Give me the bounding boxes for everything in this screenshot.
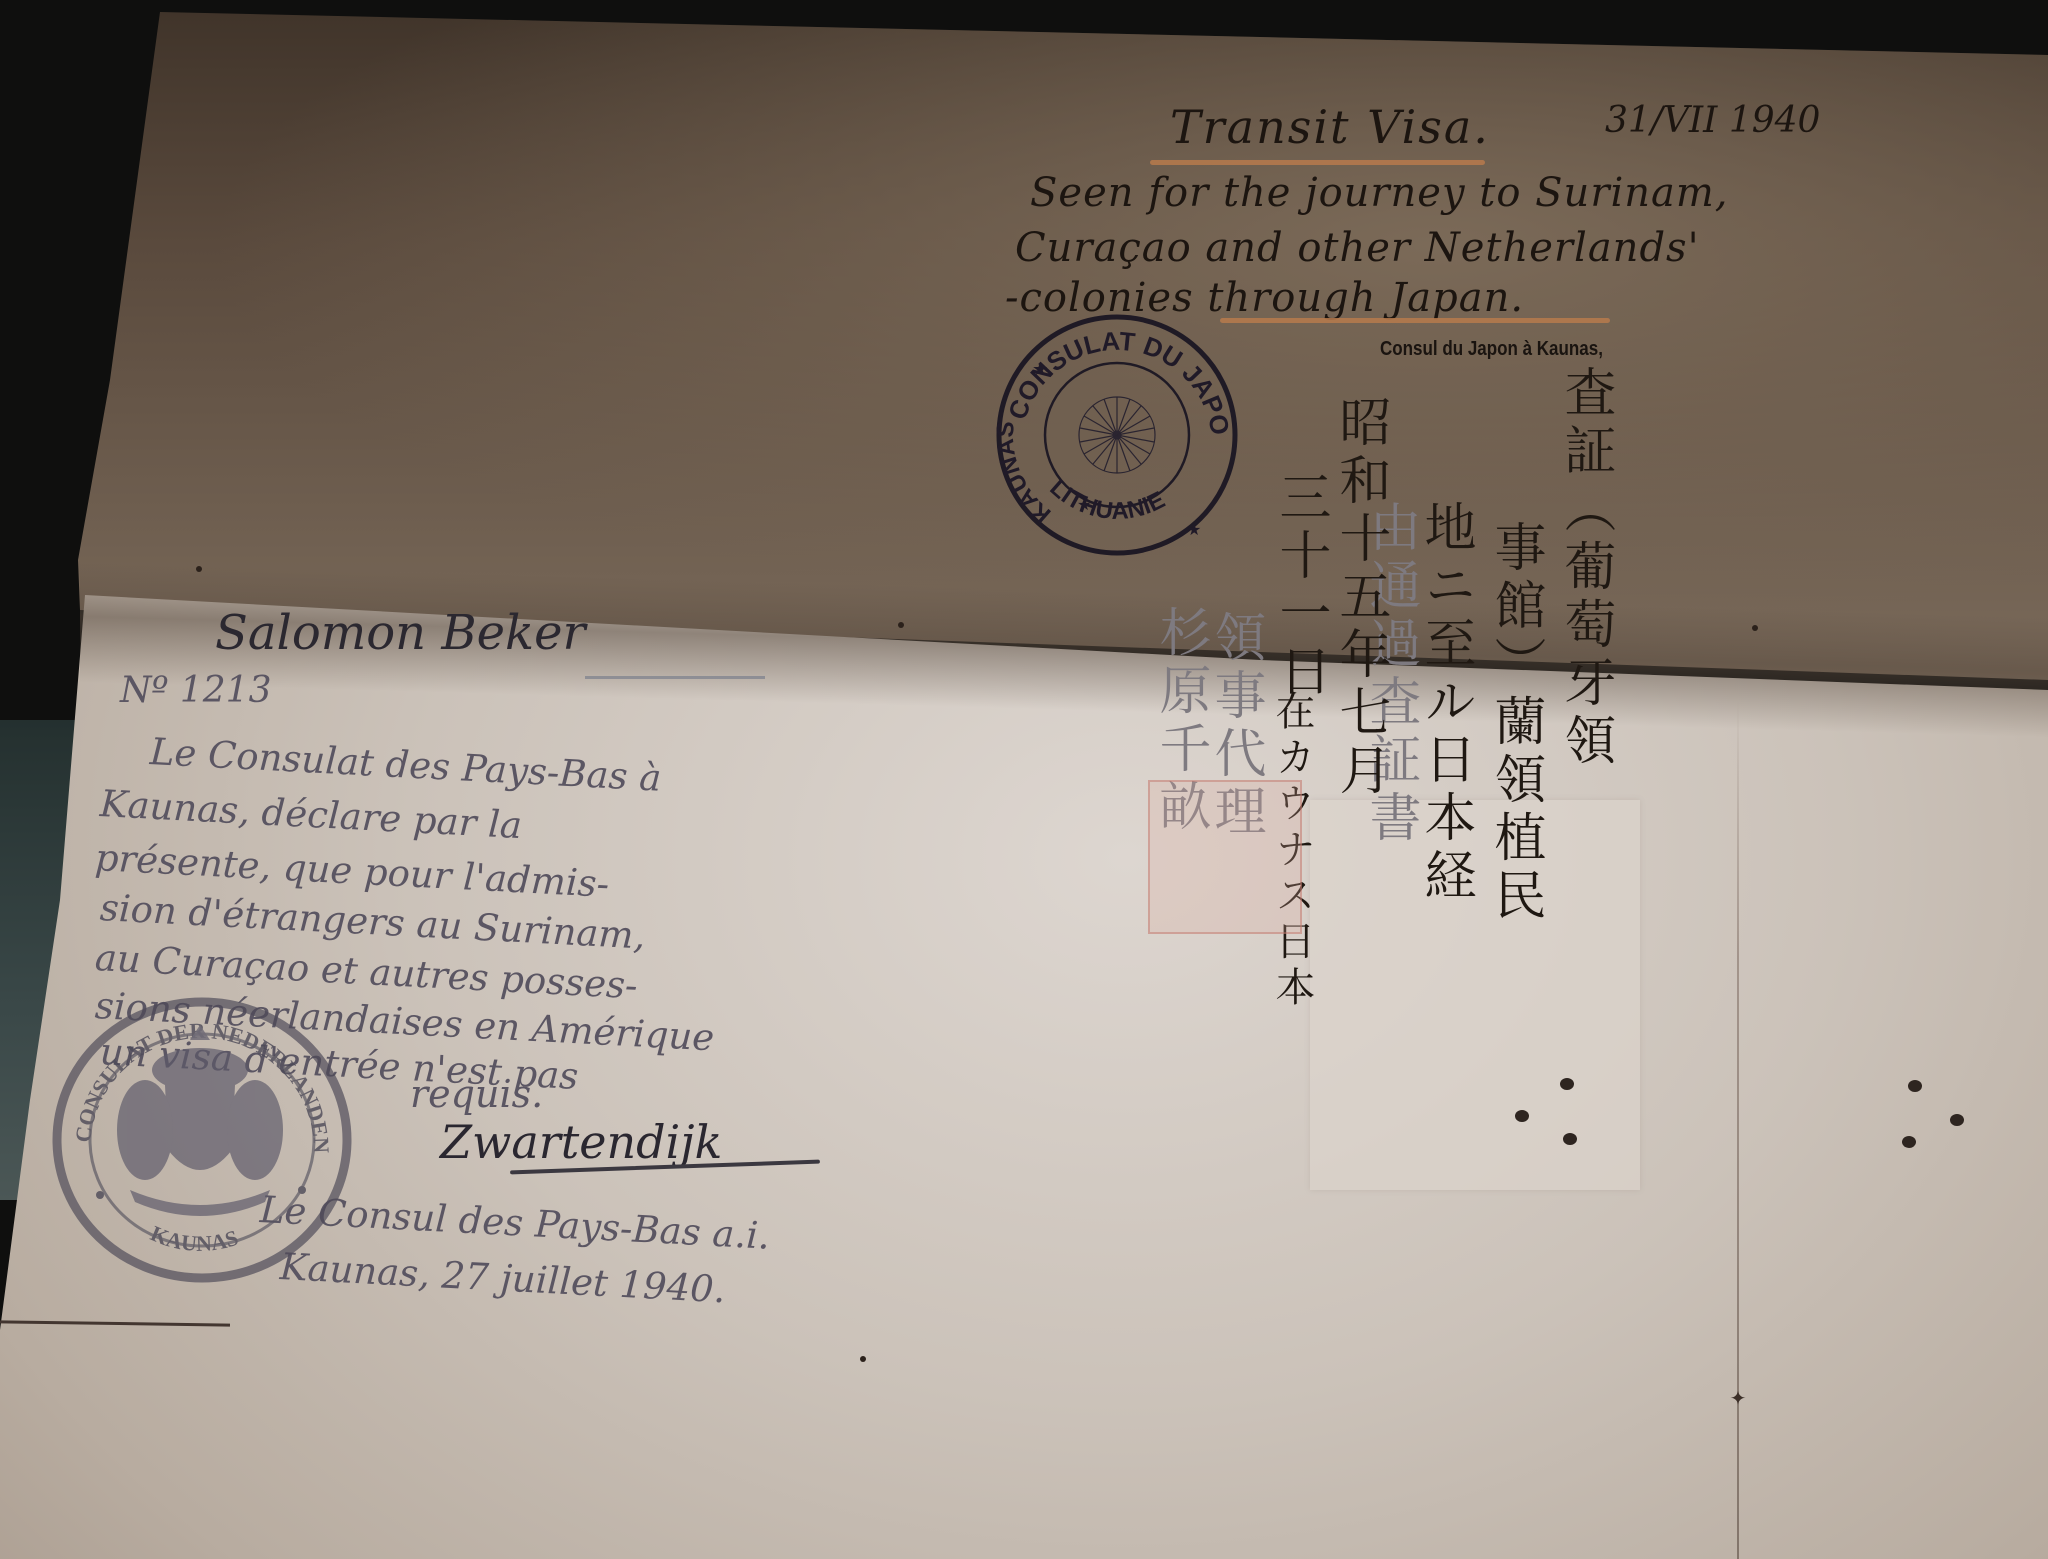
star-icon: ★	[1032, 359, 1048, 380]
japanese-consulate-stamp: CONSULAT DU JAPON KAUNAS LITHUANIE ★	[982, 305, 1252, 565]
ink-speck	[1752, 625, 1758, 631]
star-icon: ★	[1187, 520, 1201, 539]
stamp-bottom-text: KAUNAS	[147, 1220, 241, 1256]
svg-text:LITHUANIE: LITHUANIE	[1045, 474, 1170, 525]
kanji-column: 三十一日	[1270, 470, 1330, 702]
vertical-fold-line	[1737, 700, 1739, 1559]
ink-speck	[898, 622, 904, 628]
stamp-text-bottom: LITHUANIE	[1045, 474, 1170, 525]
punch-hole	[1902, 1136, 1916, 1148]
punch-hole	[1563, 1133, 1577, 1145]
fold-crossing-mark: ✦	[1728, 1388, 1748, 1408]
visa-text-line: Seen for the journey to Surinam,	[1030, 170, 1728, 216]
dutch-consulate-stamp: CONSULAT DER NEDERLANDEN KAUNAS	[40, 990, 360, 1290]
declaration-line: requis.	[410, 1072, 543, 1116]
svg-text:KAUNAS: KAUNAS	[147, 1220, 241, 1256]
ink-speck	[860, 1356, 866, 1362]
printed-consul-line: Consul du Japon à Kaunas,	[1380, 338, 1603, 361]
stamp-text-left: KAUNAS	[992, 421, 1056, 528]
star-icon: ★	[1077, 495, 1091, 514]
name-underline	[585, 676, 765, 679]
kanji-column: 昭和十五年七月	[1330, 395, 1390, 801]
visa-text-line: Curaçao and other Netherlands'	[1015, 225, 1700, 271]
punch-hole	[1950, 1114, 1964, 1126]
declaration-number: Nº 1213	[120, 670, 272, 711]
punch-hole	[1560, 1078, 1574, 1090]
inset-paper-patch	[1310, 800, 1640, 1190]
svg-text:KAUNAS: KAUNAS	[992, 421, 1056, 528]
punch-hole	[1515, 1110, 1529, 1122]
kanji-column: 地ニ至ル日本経	[1415, 500, 1475, 906]
holder-name: Salomon Beker	[215, 605, 585, 661]
through-japan-underline	[1220, 318, 1610, 323]
title-underline	[1150, 160, 1485, 165]
kanji-column: 査証（葡萄牙領	[1555, 365, 1615, 771]
visa-title: Transit Visa.	[1170, 100, 1490, 154]
visa-date: 31/VII 1940	[1605, 100, 1820, 141]
visa-document: ✦ Transit Visa. 31/VII 1940 Seen for the…	[0, 0, 2048, 1559]
ink-speck	[196, 566, 202, 572]
consul-signature: Zwartendijk	[440, 1115, 722, 1169]
punch-hole	[1908, 1080, 1922, 1092]
kanji-column: 事館）蘭領植民	[1485, 520, 1545, 926]
red-square-seal	[1148, 780, 1302, 934]
chrysanthemum-icon	[1079, 397, 1155, 473]
